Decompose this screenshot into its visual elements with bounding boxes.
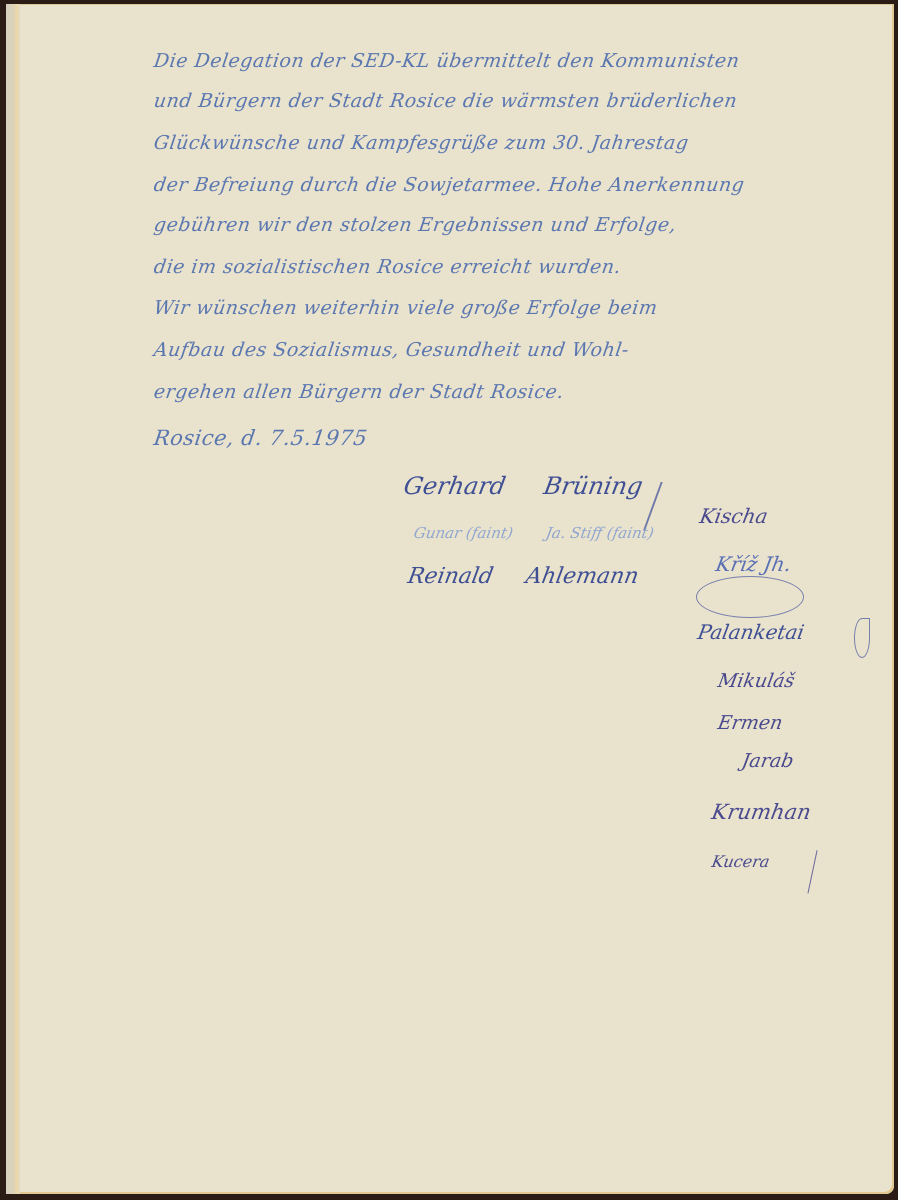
body-line-3: Glückwünsche und Kampfesgrüße zum 30. Ja… — [152, 132, 690, 154]
body-line-7: Wir wünschen weiterhin viele große Erfol… — [152, 297, 659, 319]
signature-faint-1: Gunar (faint) — [412, 524, 514, 542]
signature-right-6: Jarab — [740, 750, 795, 772]
page-binding-edge — [6, 4, 20, 1194]
signature-surname-2: Ahlemann — [524, 564, 641, 589]
body-line-6: die im sozialistischen Rosice erreicht w… — [152, 256, 622, 278]
signature-right-5: Ermen — [716, 712, 784, 734]
guestbook-page: Die Delegation der SED-KL übermittelt de… — [6, 4, 894, 1194]
signature-faint-2: Ja. Stiff (faint) — [544, 524, 655, 542]
signature-surname-1: Brüning — [542, 472, 645, 500]
body-line-8: Aufbau des Sozialismus, Gesundheit und W… — [152, 339, 630, 361]
signature-right-3: Palanketai — [696, 620, 806, 644]
signature-tail-stroke — [807, 850, 819, 894]
signature-loop-flourish — [854, 618, 870, 658]
body-line-1: Die Delegation der SED-KL übermittelt de… — [152, 50, 741, 72]
signature-first-name-2: Reinald — [406, 564, 495, 589]
place-date: Rosice, d. 7.5.1975 — [152, 426, 369, 450]
body-line-9: ergehen allen Bürgern der Stadt Rosice. — [152, 381, 565, 403]
signature-right-1: Kischa — [698, 504, 770, 528]
body-line-2: und Bürgern der Stadt Rosice die wärmste… — [152, 90, 738, 112]
signature-right-4: Mikuláš — [716, 670, 796, 692]
signature-oval-flourish — [696, 576, 804, 618]
signature-right-2: Kříž Jh. — [714, 552, 793, 576]
signature-first-name-1: Gerhard — [402, 472, 508, 500]
signature-right-7: Krumhan — [710, 800, 813, 824]
signature-right-8: Kucera — [710, 852, 771, 871]
body-line-5: gebühren wir den stolzen Ergebnissen und… — [152, 214, 677, 236]
body-line-4: der Befreiung durch die Sowjetarmee. Hoh… — [152, 174, 746, 196]
